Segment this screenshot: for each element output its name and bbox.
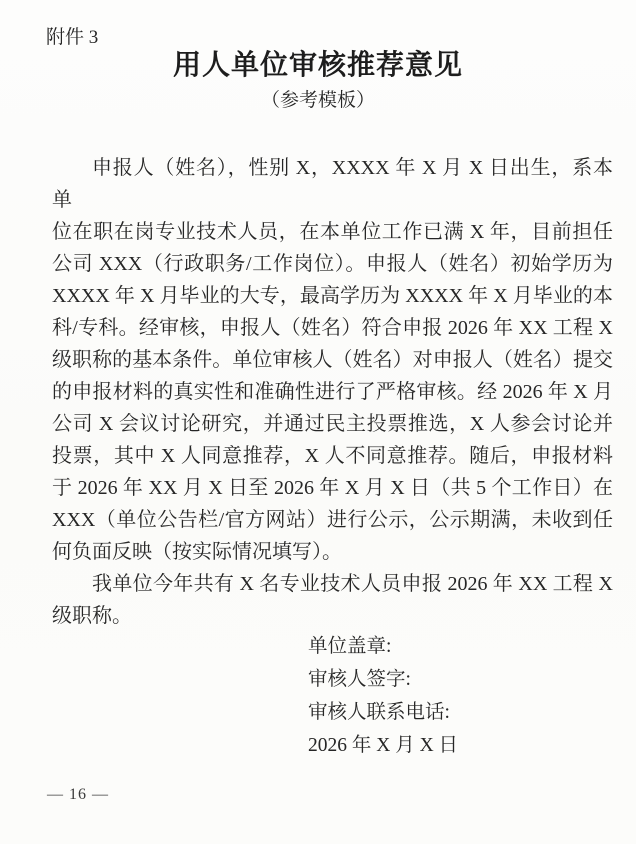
body-line: 于 2026 年 XX 月 X 日至 2026 年 X 月 X 日（共 5 个工… <box>52 472 613 504</box>
body-line: XXXX 年 X 月毕业的大专，最高学历为 XXXX 年 X 月毕业的本 <box>52 280 613 312</box>
body-line: 我单位今年共有 X 名专业技术人员申报 2026 年 XX 工程 X <box>52 568 613 600</box>
reviewer-phone-label: 审核人联系电话: <box>308 696 458 729</box>
body-line: 投票，其中 X 人同意推荐，X 人不同意推荐。随后，申报材料 <box>52 440 613 472</box>
attachment-label: 附件 3 <box>46 28 98 49</box>
document-subtitle: （参考模板） <box>0 91 636 112</box>
unit-stamp-label: 单位盖章: <box>308 630 458 663</box>
document-body: 申报人（姓名），性别 X，XXXX 年 X 月 X 日出生，系本单 位在职在岗专… <box>52 152 613 632</box>
document-title: 用人单位审核推荐意见 <box>0 51 636 82</box>
signature-date: 2026 年 X 月 X 日 <box>308 729 458 762</box>
body-line: 申报人（姓名），性别 X，XXXX 年 X 月 X 日出生，系本单 <box>52 152 613 216</box>
reviewer-sign-label: 审核人签字: <box>308 663 458 696</box>
page-number: — 16 — <box>47 786 109 804</box>
document-page: 附件 3 用人单位审核推荐意见 （参考模板） 申报人（姓名），性别 X，XXXX… <box>0 0 636 844</box>
body-line: 级职称。 <box>52 600 613 632</box>
body-line: 何负面反映（按实际情况填写）。 <box>52 536 613 568</box>
body-line: 位在职在岗专业技术人员，在本单位工作已满 X 年，目前担任 <box>52 216 613 248</box>
body-line: 级职称的基本条件。单位审核人（姓名）对申报人（姓名）提交 <box>52 344 613 376</box>
body-line: 公司 X 会议讨论研究，并通过民主投票推选，X 人参会讨论并 <box>52 408 613 440</box>
body-line: 的申报材料的真实性和准确性进行了严格审核。经 2026 年 X 月 <box>52 376 613 408</box>
body-line: XXX（单位公告栏/官方网站）进行公示，公示期满，未收到任 <box>52 504 613 536</box>
body-line: 科/专科。经审核，申报人（姓名）符合申报 2026 年 XX 工程 X <box>52 312 613 344</box>
body-line: 公司 XXX（行政职务/工作岗位）。申报人（姓名）初始学历为 <box>52 248 613 280</box>
signature-block: 单位盖章: 审核人签字: 审核人联系电话: 2026 年 X 月 X 日 <box>308 630 458 762</box>
